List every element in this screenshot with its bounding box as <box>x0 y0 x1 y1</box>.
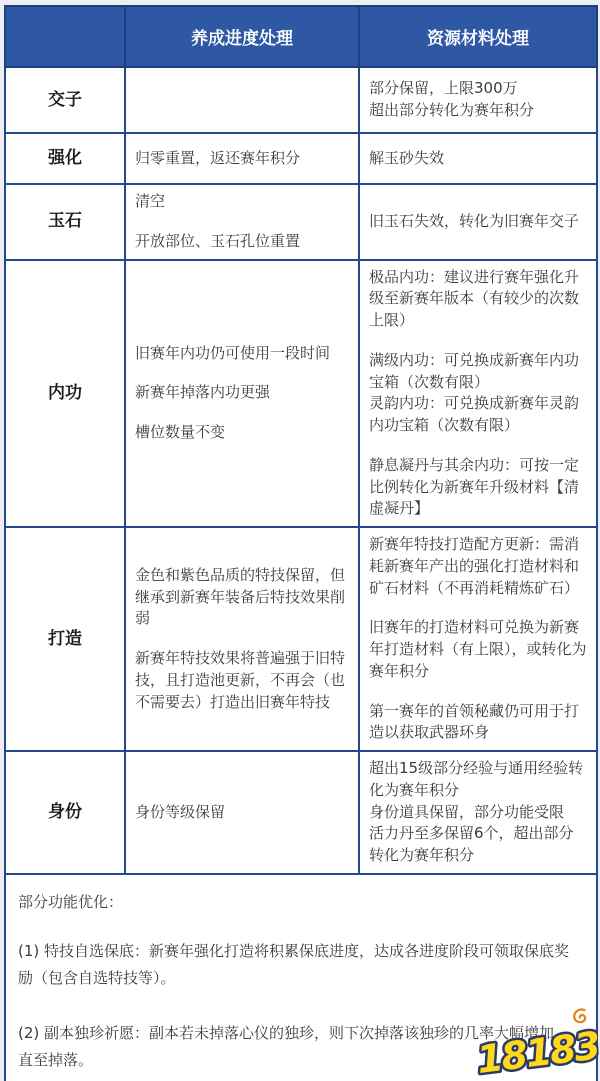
progress-cell: 清空开放部位、玉石孔位重置 <box>125 184 359 260</box>
table-row: 打造金色和紫色品质的特技保留，但继承到新赛年装备后特技效果削弱新赛年特技效果将普… <box>5 527 597 751</box>
table-body: 交子部分保留，上限300万超出部分转化为赛年积分强化归零重置，返还赛年积分解玉砂… <box>5 67 597 874</box>
text-line: 超出部分转化为赛年积分 <box>369 100 587 122</box>
resources-cell: 超出15级部分经验与通用经验转化为赛年积分身份道具保留，部分功能受限活力丹至多保… <box>359 751 597 874</box>
footer-paragraph: (1) 特技自选保底：新赛年强化打造将积累保底进度，达成各进度阶段可领取保底奖励… <box>18 938 584 992</box>
text-line: 旧赛年的打造材料可兑换为新赛年打造材料（有上限），或转化为赛年积分 <box>369 617 587 682</box>
resources-cell: 部分保留，上限300万超出部分转化为赛年积分 <box>359 67 597 133</box>
text-line: 满级内功：可兑换成新赛年内功宝箱（次数有限） <box>369 350 587 394</box>
text-line: 金色和紫色品质的特技保留，但继承到新赛年装备后特技效果削弱 <box>135 565 349 630</box>
progress-cell: 归零重置，返还赛年积分 <box>125 133 359 184</box>
text-line: 静息凝丹与其余内功：可按一定比例转化为新赛年升级材料【清虚凝丹】 <box>369 455 587 520</box>
paragraph-group: 新赛年掉落内功更强 <box>135 382 349 404</box>
paragraph-group: 新赛年特技打造配方更新：需消耗新赛年产出的强化打造材料和矿石材料（不再消耗精炼矿… <box>369 534 587 599</box>
paragraph-group: 槽位数量不变 <box>135 422 349 444</box>
header-cell-category <box>5 6 125 67</box>
progress-cell: 身份等级保留 <box>125 751 359 874</box>
row-label: 交子 <box>5 67 125 133</box>
page: 养成进度处理 资源材料处理 交子部分保留，上限300万超出部分转化为赛年积分强化… <box>4 5 596 1081</box>
paragraph-group: 第一赛年的首领秘藏仍可用于打造以获取武器环身 <box>369 701 587 745</box>
text-line: 槽位数量不变 <box>135 422 349 444</box>
paragraph-group: 旧玉石失效，转化为旧赛年交子 <box>369 211 587 233</box>
table-row: 身份身份等级保留超出15级部分经验与通用经验转化为赛年积分身份道具保留，部分功能… <box>5 751 597 874</box>
paragraph-group: 极品内功：建议进行赛年强化升级至新赛年版本（有较少的次数上限） <box>369 267 587 332</box>
text-line: 身份道具保留，部分功能受限 <box>369 802 587 824</box>
text-line: 清空 <box>135 191 349 213</box>
paragraph-group: 旧赛年内功仍可使用一段时间 <box>135 343 349 365</box>
resources-cell: 旧玉石失效，转化为旧赛年交子 <box>359 184 597 260</box>
paragraph-group: 身份等级保留 <box>135 802 349 824</box>
text-line: 归零重置，返还赛年积分 <box>135 148 349 170</box>
table-row: 强化归零重置，返还赛年积分解玉砂失效 <box>5 133 597 184</box>
table-row: 交子部分保留，上限300万超出部分转化为赛年积分 <box>5 67 597 133</box>
text-line: 身份等级保留 <box>135 802 349 824</box>
paragraph-group: 部分保留，上限300万超出部分转化为赛年积分 <box>369 78 587 122</box>
text-line: 新赛年特技打造配方更新：需消耗新赛年产出的强化打造材料和矿石材料（不再消耗精炼矿… <box>369 534 587 599</box>
paragraph-group: 归零重置，返还赛年积分 <box>135 148 349 170</box>
text-line: 旧玉石失效，转化为旧赛年交子 <box>369 211 587 233</box>
text-line: 旧赛年内功仍可使用一段时间 <box>135 343 349 365</box>
footer-cell: 部分功能优化：(1) 特技自选保底：新赛年强化打造将积累保底进度，达成各进度阶段… <box>5 874 597 1081</box>
resources-cell: 解玉砂失效 <box>359 133 597 184</box>
paragraph-group: 金色和紫色品质的特技保留，但继承到新赛年装备后特技效果削弱 <box>135 565 349 630</box>
footer-paragraph: 部分功能优化： <box>18 889 584 916</box>
text-line: 部分保留，上限300万 <box>369 78 587 100</box>
progress-cell: 旧赛年内功仍可使用一段时间新赛年掉落内功更强槽位数量不变 <box>125 260 359 528</box>
text-line: 解玉砂失效 <box>369 148 587 170</box>
paragraph-group: 开放部位、玉石孔位重置 <box>135 231 349 253</box>
text-line: 第一赛年的首领秘藏仍可用于打造以获取武器环身 <box>369 701 587 745</box>
paragraph-group: 清空 <box>135 191 349 213</box>
resources-cell: 极品内功：建议进行赛年强化升级至新赛年版本（有较少的次数上限）满级内功：可兑换成… <box>359 260 597 528</box>
text-line: 灵韵内功：可兑换成新赛年灵韵内功宝箱（次数有限） <box>369 393 587 437</box>
row-label: 打造 <box>5 527 125 751</box>
table-row: 玉石清空开放部位、玉石孔位重置旧玉石失效，转化为旧赛年交子 <box>5 184 597 260</box>
paragraph-group: 新赛年特技效果将普遍强于旧特技，且打造池更新，不再会（也不需要去）打造出旧赛年特… <box>135 648 349 713</box>
header-row: 养成进度处理 资源材料处理 <box>5 6 597 67</box>
paragraph-group: 超出15级部分经验与通用经验转化为赛年积分身份道具保留，部分功能受限活力丹至多保… <box>369 758 587 867</box>
footer-paragraph: (2) 副本独珍祈愿：副本若未掉落心仪的独珍，则下次掉落该独珍的几率大幅增加，直… <box>18 1020 584 1074</box>
text-line: 极品内功：建议进行赛年强化升级至新赛年版本（有较少的次数上限） <box>369 267 587 332</box>
text-line: 新赛年掉落内功更强 <box>135 382 349 404</box>
text-line: 开放部位、玉石孔位重置 <box>135 231 349 253</box>
footer-row: 部分功能优化：(1) 特技自选保底：新赛年强化打造将积累保底进度，达成各进度阶段… <box>5 874 597 1081</box>
header-cell-progress: 养成进度处理 <box>125 6 359 67</box>
text-line: 活力丹至多保留6个，超出部分转化为赛年积分 <box>369 823 587 867</box>
paragraph-group: 解玉砂失效 <box>369 148 587 170</box>
progress-cell: 金色和紫色品质的特技保留，但继承到新赛年装备后特技效果削弱新赛年特技效果将普遍强… <box>125 527 359 751</box>
paragraph-group: 旧赛年的打造材料可兑换为新赛年打造材料（有上限），或转化为赛年积分 <box>369 617 587 682</box>
row-label: 强化 <box>5 133 125 184</box>
header-cell-resources: 资源材料处理 <box>359 6 597 67</box>
row-label: 内功 <box>5 260 125 528</box>
paragraph-group: 静息凝丹与其余内功：可按一定比例转化为新赛年升级材料【清虚凝丹】 <box>369 455 587 520</box>
resources-cell: 新赛年特技打造配方更新：需消耗新赛年产出的强化打造材料和矿石材料（不再消耗精炼矿… <box>359 527 597 751</box>
row-label: 身份 <box>5 751 125 874</box>
table-row: 内功旧赛年内功仍可使用一段时间新赛年掉落内功更强槽位数量不变极品内功：建议进行赛… <box>5 260 597 528</box>
row-label: 玉石 <box>5 184 125 260</box>
text-line: 新赛年特技效果将普遍强于旧特技，且打造池更新，不再会（也不需要去）打造出旧赛年特… <box>135 648 349 713</box>
progress-cell <box>125 67 359 133</box>
paragraph-group: 满级内功：可兑换成新赛年内功宝箱（次数有限）灵韵内功：可兑换成新赛年灵韵内功宝箱… <box>369 350 587 437</box>
season-reset-table: 养成进度处理 资源材料处理 交子部分保留，上限300万超出部分转化为赛年积分强化… <box>4 5 598 1081</box>
text-line: 超出15级部分经验与通用经验转化为赛年积分 <box>369 758 587 802</box>
